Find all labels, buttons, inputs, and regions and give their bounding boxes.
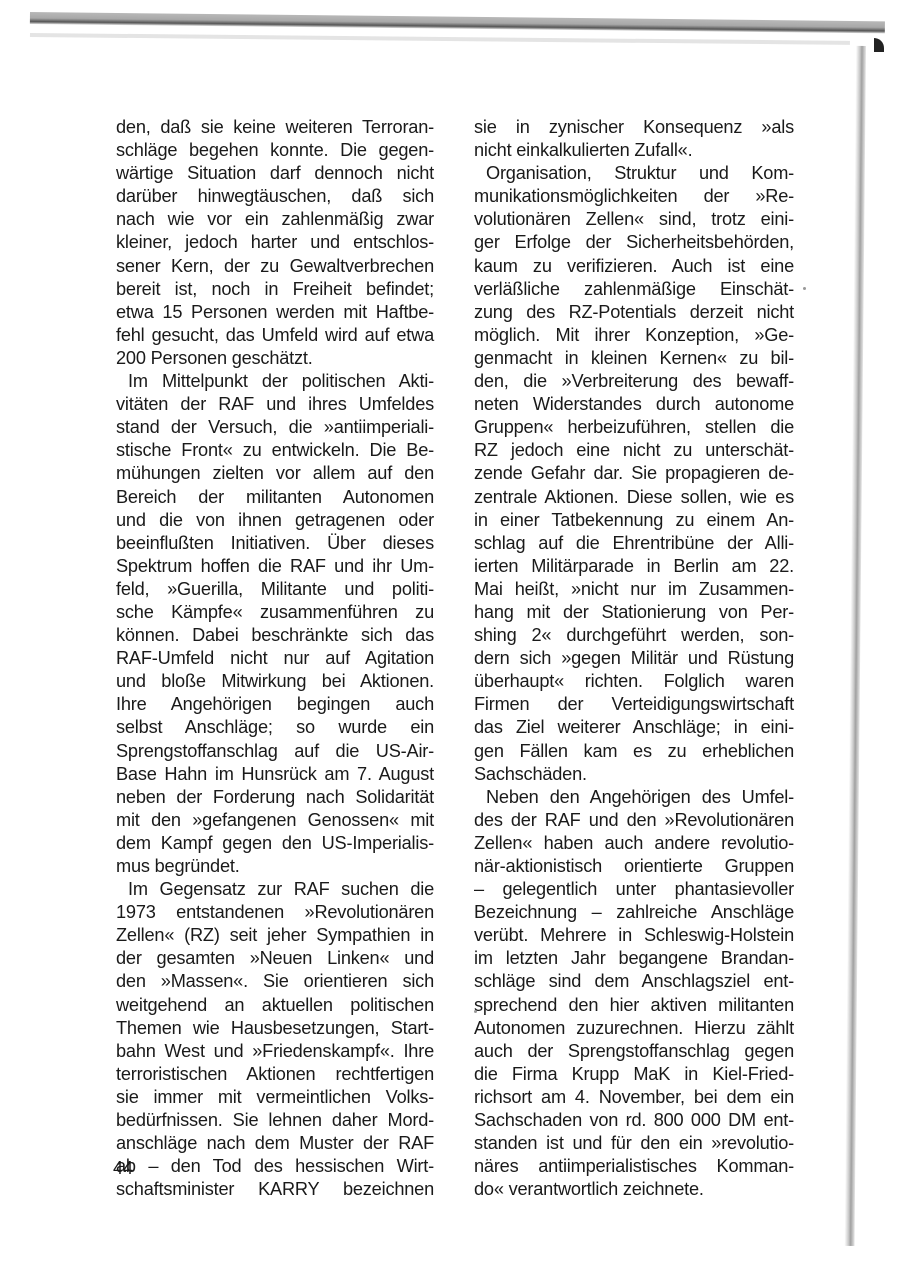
text-line: RZ jedoch eine nicht zu unterschät- — [474, 439, 794, 462]
text-line: mit den »gefangenen Genossen« mit — [116, 809, 434, 832]
text-line: Organisation, Struktur und Kom- — [474, 162, 794, 185]
text-line: 1973 entstandenen »Revolutionären — [116, 901, 434, 924]
text-line: kaum zu verifizieren. Auch ist eine — [474, 255, 794, 278]
text-line: RAF-Umfeld nicht nur auf Agitation — [116, 647, 434, 670]
text-line: Themen wie Hausbesetzungen, Start- — [116, 1017, 434, 1040]
text-line: Firmen der Verteidigungswirtschaft — [474, 693, 794, 716]
text-line: munikationsmöglichkeiten der »Re- — [474, 185, 794, 208]
text-line: Sprengstoffanschlag auf die US-Air- — [116, 740, 434, 763]
text-line: Mai heißt, »nicht nur im Zusammen- — [474, 578, 794, 601]
text-line: schlag auf die Ehrentribüne der Alli- — [474, 532, 794, 555]
text-line: wärtige Situation darf dennoch nicht — [116, 162, 434, 185]
text-line: do« verantwortlich zeichnete. — [474, 1178, 794, 1201]
text-line: gen Fällen kam es zu erheblichen — [474, 740, 794, 763]
text-line: 200 Personen geschätzt. — [116, 347, 434, 370]
text-line: schläge sind dem Anschlagsziel ent- — [474, 970, 794, 993]
text-line: darüber hinwegtäuschen, daß sich — [116, 185, 434, 208]
text-line: ierten Militärparade in Berlin am 22. — [474, 555, 794, 578]
text-line: schaftsminister KARRY bezeichnen — [116, 1178, 434, 1201]
text-line: möglich. Mit ihrer Konzeption, »Ge- — [474, 324, 794, 347]
text-line: Bereich der militanten Autonomen — [116, 486, 434, 509]
text-line: Neben den Angehörigen des Umfel- — [474, 786, 794, 809]
text-line: die Firma Krupp MaK in Kiel-Fried- — [474, 1063, 794, 1086]
page-top-edge-shadow — [30, 12, 885, 33]
text-line: feld, »Guerilla, Militante und politi- — [116, 578, 434, 601]
text-line: – gelegentlich unter phantasievoller — [474, 878, 794, 901]
text-line: ger Erfolge der Sicherheitsbehörden, — [474, 231, 794, 254]
page-right-edge-shadow — [844, 46, 866, 1246]
text-line: hang mit der Stationierung von Per- — [474, 601, 794, 624]
text-line: Gruppen« herbeizuführen, stellen die — [474, 416, 794, 439]
text-line: stische Front« zu entwickeln. Die Be- — [116, 439, 434, 462]
text-line: bahn West und »Friedenskampf«. Ihre — [116, 1040, 434, 1063]
text-line: und die von ihnen getragenen oder — [116, 509, 434, 532]
text-line: können. Dabei beschränkte sich das — [116, 624, 434, 647]
text-line: sener Kern, der zu Gewaltverbrechen — [116, 255, 434, 278]
text-line: Spektrum hoffen die RAF und ihr Um- — [116, 555, 434, 578]
text-line: mühungen zielten vor allem auf den — [116, 462, 434, 485]
text-line: dem Kampf gegen den US-Imperialis- — [116, 832, 434, 855]
text-line: des der RAF und den »Revolutionären — [474, 809, 794, 832]
text-line: kleiner, jedoch harter und entschlos- — [116, 231, 434, 254]
text-line: nicht einkalkulierten Zufall«. — [474, 139, 794, 162]
text-line: standen ist und für den ein »revolutio- — [474, 1132, 794, 1155]
text-line: nach wie vor ein zahlenmäßig zwar — [116, 208, 434, 231]
text-line: schläge begehen konnte. Die gegen- — [116, 139, 434, 162]
text-line: zende Gefahr dar. Sie propagieren de- — [474, 462, 794, 485]
text-line: den »Massen«. Sie orientieren sich — [116, 970, 434, 993]
text-line: in einer Tatbekennung zu einem An- — [474, 509, 794, 532]
text-line: fehl gesucht, das Umfeld wird auf etwa — [116, 324, 434, 347]
text-line: Zellen« (RZ) seit jeher Sympathien in — [116, 924, 434, 947]
text-line: terroristischen Aktionen rechtfertigen — [116, 1063, 434, 1086]
text-line: bereit ist, noch in Freiheit befindet; — [116, 278, 434, 301]
text-line: überhaupt« richten. Folglich waren — [474, 670, 794, 693]
text-line: der gesamten »Neuen Linken« und — [116, 947, 434, 970]
text-line: näres antiimperialistisches Komman- — [474, 1155, 794, 1178]
text-column-right: sie in zynischer Konsequenz »alsnicht ei… — [474, 116, 794, 1201]
text-line: mus begründet. — [116, 855, 434, 878]
text-line: Zellen« haben auch andere revolutio- — [474, 832, 794, 855]
text-line: neten Widerstandes durch autonome — [474, 393, 794, 416]
text-line: sche Kämpfe« zusammenführen zu — [116, 601, 434, 624]
text-line: shing 2« durchgeführt werden, son- — [474, 624, 794, 647]
text-line: Autonomen zuzurechnen. Hierzu zählt — [474, 1017, 794, 1040]
text-line: genmacht in kleinen Kernen« zu bil- — [474, 347, 794, 370]
text-line: verübt. Mehrere in Schleswig-Holstein — [474, 924, 794, 947]
text-column-left: den, daß sie keine weiteren Terroran-sch… — [116, 116, 434, 1201]
text-line: etwa 15 Personen werden mit Haftbe- — [116, 301, 434, 324]
text-line: Base Hahn im Hunsrück am 7. August — [116, 763, 434, 786]
text-line: vitäten der RAF und ihres Umfeldes — [116, 393, 434, 416]
text-line: Im Mittelpunkt der politischen Akti- — [116, 370, 434, 393]
text-line: Sachschaden von rd. 800 000 DM ent- — [474, 1109, 794, 1132]
text-line: anschläge nach dem Muster der RAF — [116, 1132, 434, 1155]
text-line: när-aktionistisch orientierte Gruppen — [474, 855, 794, 878]
text-line: weitgehend an aktuellen politischen — [116, 994, 434, 1017]
text-line: bedürfnissen. Sie lehnen daher Mord- — [116, 1109, 434, 1132]
text-line: Bezeichnung – zahlreiche Anschläge — [474, 901, 794, 924]
text-line: stand der Versuch, die »antiimperiali- — [116, 416, 434, 439]
text-line: sprechend den hier aktiven militanten — [474, 994, 794, 1017]
text-line: sie immer mit vermeintlichen Volks- — [116, 1086, 434, 1109]
text-line: zung des RZ-Potentials derzeit nicht — [474, 301, 794, 324]
text-line: ab – den Tod des hessischen Wirt- — [116, 1155, 434, 1178]
text-line: auch der Sprengstoffanschlag gegen — [474, 1040, 794, 1063]
page-number: 44 — [113, 1158, 133, 1179]
text-line: den, daß sie keine weiteren Terroran- — [116, 116, 434, 139]
page-corner-shadow — [874, 38, 884, 52]
text-line: zentrale Aktionen. Diese sollen, wie es — [474, 486, 794, 509]
text-line: richsort am 4. November, bei dem ein — [474, 1086, 794, 1109]
text-line: dern sich »gegen Militär und Rüstung — [474, 647, 794, 670]
text-line: und bloße Mitwirkung bei Aktionen. — [116, 670, 434, 693]
page-top-edge-line — [30, 33, 850, 45]
text-line: Im Gegensatz zur RAF suchen die — [116, 878, 434, 901]
text-line: im letzten Jahr begangene Brandan- — [474, 947, 794, 970]
text-line: neben der Forderung nach Solidarität — [116, 786, 434, 809]
text-line: verläßliche zahlenmäßige Einschät- — [474, 278, 794, 301]
scan-speck — [474, 1010, 477, 1013]
text-line: selbst Anschläge; so wurde ein — [116, 716, 434, 739]
text-line: volutionären Zellen« sind, trotz eini- — [474, 208, 794, 231]
text-line: beeinflußten Initiativen. Über dieses — [116, 532, 434, 555]
scan-speck — [803, 287, 806, 290]
text-line: den, die »Verbreiterung des bewaff- — [474, 370, 794, 393]
text-line: Ihre Angehörigen begingen auch — [116, 693, 434, 716]
text-line: sie in zynischer Konsequenz »als — [474, 116, 794, 139]
text-line: Sachschäden. — [474, 763, 794, 786]
text-line: das Ziel weiterer Anschläge; in eini- — [474, 716, 794, 739]
